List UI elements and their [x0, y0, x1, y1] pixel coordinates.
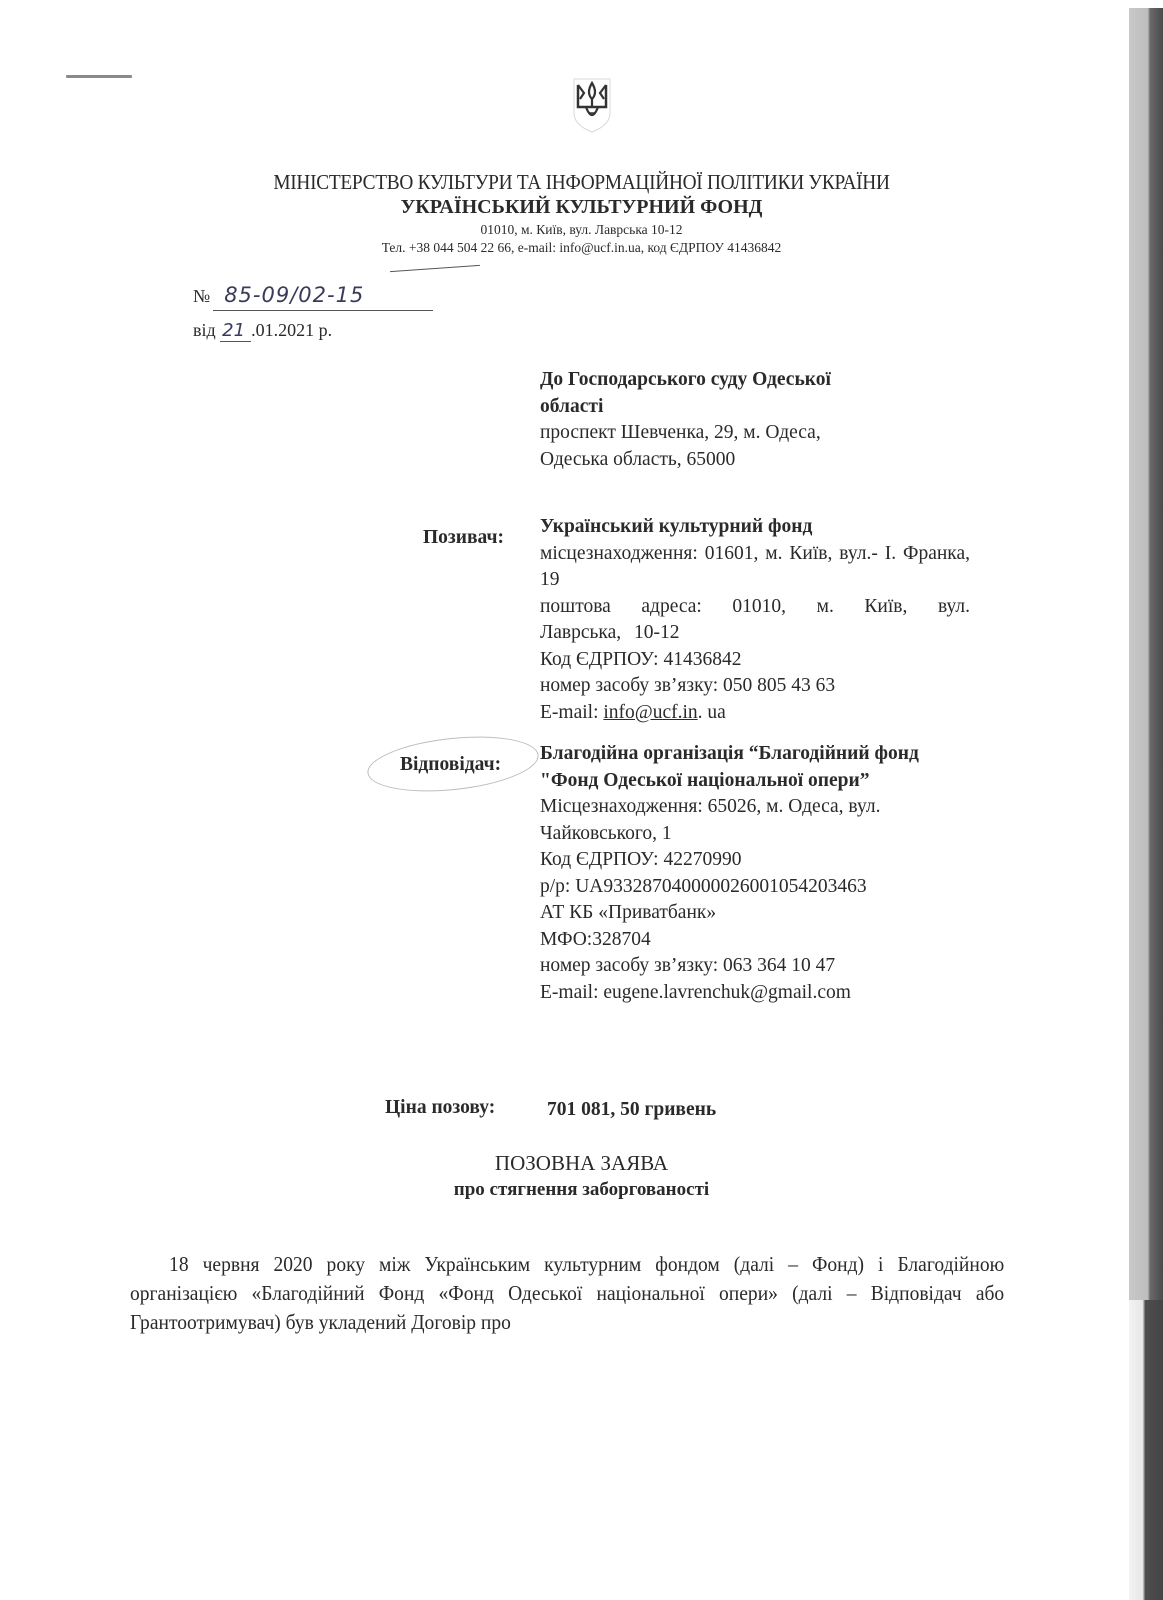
defendant-edrpou: Код ЄДРПОУ: 42270990 [540, 847, 980, 874]
plaintiff-phone: номер засобу зв’язку: 050 805 43 63 [540, 673, 970, 700]
plaintiff-label: Позивач: [423, 527, 504, 549]
body-paragraph: 18 червня 2020 року між Українським куль… [130, 1250, 1004, 1337]
claim-price-label: Ціна позову: [385, 1097, 495, 1119]
date-label: від [193, 320, 216, 340]
number-underline [213, 310, 433, 311]
trident-coat-of-arms-icon [572, 77, 612, 133]
defendant-label: Відповідач: [400, 754, 501, 776]
handwritten-number: 85-09/02-15 [224, 283, 364, 307]
ministry-name: МІНІСТЕРСТВО КУЛЬТУРИ ТА ІНФОРМАЦІЙНОЇ П… [47, 170, 1117, 195]
number-label: № [193, 286, 210, 306]
scanner-edge-shadow-lower [1129, 1300, 1163, 1600]
defendant-mfo: МФО:328704 [540, 927, 980, 954]
court-address-line2: Одеська область, 65000 [540, 447, 960, 474]
document-title: ПОЗОВНА ЗАЯВА [0, 1151, 1163, 1176]
handwritten-day: 21 [220, 320, 251, 342]
body-paragraph-text: 18 червня 2020 року між Українським куль… [130, 1252, 1004, 1334]
addressee-block: До Господарського суду Одеської області … [540, 367, 960, 473]
date-rest: .01.2021 р. [251, 320, 332, 340]
defendant-email: E-mail: eugene.lavrenchuk@gmail.com [540, 980, 980, 1007]
defendant-name: Благодійна організація “Благодійний фонд… [540, 741, 980, 794]
scan-corner-mark [66, 75, 132, 78]
organization-address: 01010, м. Київ, вул. Лаврська 10-12 [0, 222, 1163, 238]
plaintiff-postal-address: поштова адреса: 01010, м. Київ, вул. Лав… [540, 594, 970, 647]
court-address-line1: проспект Шевченка, 29, м. Одеса, [540, 420, 960, 447]
plaintiff-block: Український культурний фонд місцезнаходж… [540, 514, 970, 726]
defendant-account: р/р: UA933287040000026001054203463 [540, 874, 980, 901]
plaintiff-email: E-mail: info@ucf.in. ua [540, 700, 970, 727]
defendant-block: Благодійна організація “Благодійний фонд… [540, 741, 980, 1006]
plaintiff-location: місцезнаходження: 01601, м. Київ, вул.- … [540, 541, 970, 594]
court-name-line1: До Господарського суду Одеської [540, 367, 960, 394]
organization-name: УКРАЇНСЬКИЙ КУЛЬТУРНИЙ ФОНД [0, 196, 1163, 219]
claim-price-value: 701 081, 50 гривень [547, 1097, 716, 1124]
defendant-location: Місцезнаходження: 65026, м. Одеса, вул. … [540, 794, 980, 847]
plaintiff-email-link[interactable]: info@ucf.in [603, 702, 697, 723]
document-subtitle: про стягнення заборгованості [0, 1179, 1163, 1201]
organization-contacts: Тел. +38 044 504 22 66, e-mail: info@ucf… [0, 240, 1163, 256]
registration-date: від 21.01.2021 р. [193, 320, 332, 341]
defendant-bank: АТ КБ «Приватбанк» [540, 900, 980, 927]
plaintiff-name: Український культурний фонд [540, 514, 970, 541]
court-name-line2: області [540, 394, 960, 421]
handwritten-stroke [390, 265, 480, 272]
plaintiff-edrpou: Код ЄДРПОУ: 41436842 [540, 647, 970, 674]
defendant-phone: номер засобу зв’язку: 063 364 10 47 [540, 953, 980, 980]
registration-number: №85-09/02-15 [193, 283, 364, 307]
